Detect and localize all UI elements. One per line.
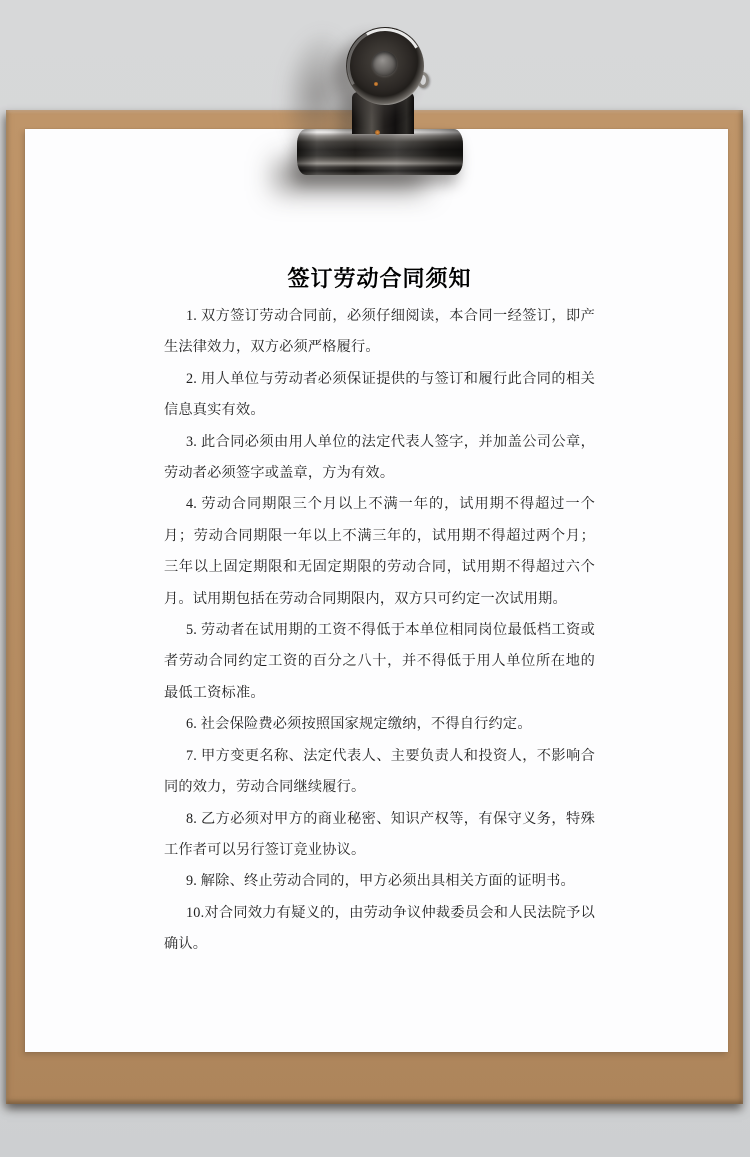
paragraph-10: 10.对合同效力有疑义的，由劳动争议仲裁委员会和人民法院予以确认。 [164, 898, 595, 961]
clip-knob-glint [374, 82, 378, 86]
paragraph-5: 5. 劳动者在试用期的工资不得低于本单位相同岗位最低档工资或者劳动合同约定工资的… [164, 615, 595, 709]
paragraph-4: 4. 劳动合同期限三个月以上不满一年的，试用期不得超过一个月；劳动合同期限一年以… [164, 489, 595, 615]
clip-knob-hole [372, 51, 397, 76]
paragraph-3: 3. 此合同必须由用人单位的法定代表人签字，并加盖公司公章，劳动者必须签字或盖章… [164, 427, 595, 490]
wall-background: 签订劳动合同须知 1. 双方签订劳动合同前，必须仔细阅读，本合同一经签订，即产生… [0, 0, 750, 1157]
document-title: 签订劳动合同须知 [164, 264, 595, 294]
clip-hook-ring [417, 72, 429, 88]
paragraph-8: 8. 乙方必须对甲方的商业秘密、知识产权等，有保守义务，特殊工作者可以另行签订竞… [164, 804, 595, 867]
paragraph-7: 7. 甲方变更名称、法定代表人、主要负责人和投资人，不影响合同的效力，劳动合同继… [164, 741, 595, 804]
document-content: 签订劳动合同须知 1. 双方签订劳动合同前，必须仔细阅读，本合同一经签订，即产生… [164, 264, 595, 961]
paper-sheet: 签订劳动合同须知 1. 双方签订劳动合同前，必须仔细阅读，本合同一经签订，即产生… [25, 129, 728, 1052]
clip-knob [346, 27, 424, 105]
paragraph-9: 9. 解除、终止劳动合同的，甲方必须出具相关方面的证明书。 [164, 866, 595, 897]
document-body: 1. 双方签订劳动合同前，必须仔细阅读，本合同一经签订，即产生法律效力，双方必须… [164, 301, 595, 961]
paragraph-1: 1. 双方签订劳动合同前，必须仔细阅读，本合同一经签订，即产生法律效力，双方必须… [164, 301, 595, 364]
paragraph-2: 2. 用人单位与劳动者必须保证提供的与签订和履行此合同的相关信息真实有效。 [164, 364, 595, 427]
clipboard-board: 签订劳动合同须知 1. 双方签订劳动合同前，必须仔细阅读，本合同一经签订，即产生… [6, 110, 743, 1104]
paragraph-6: 6. 社会保险费必须按照国家规定缴纳，不得自行约定。 [164, 709, 595, 740]
